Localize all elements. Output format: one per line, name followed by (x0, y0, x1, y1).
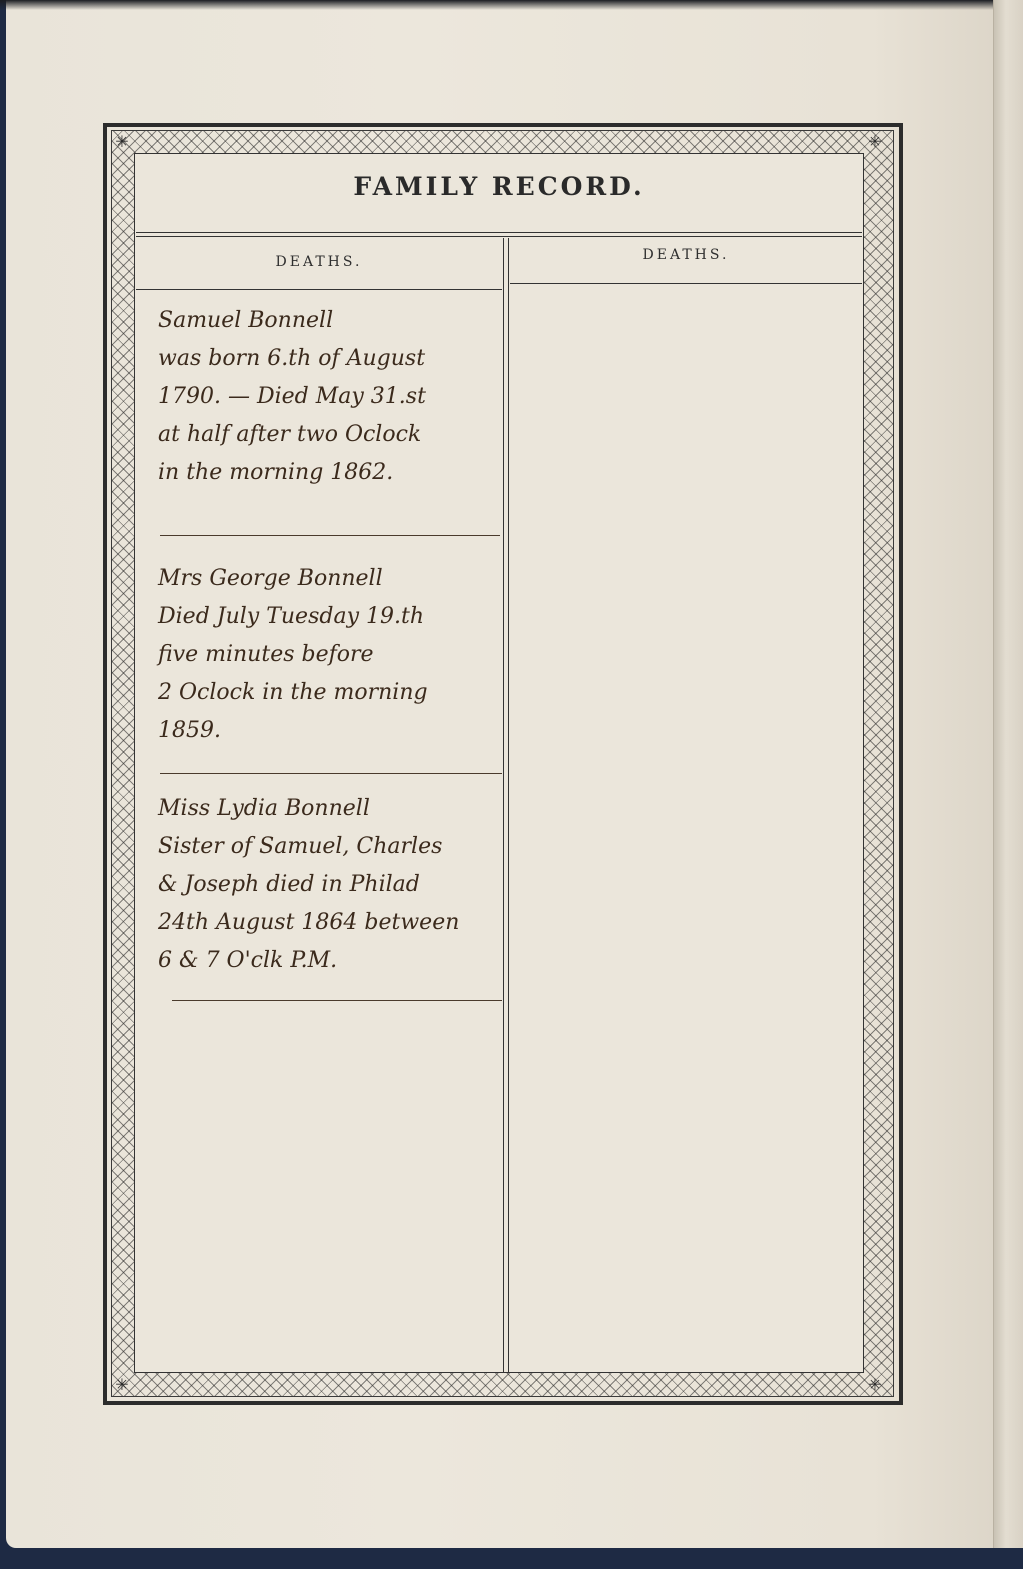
entry-line: Sister of Samuel, Charles (158, 828, 508, 866)
entry-separator (160, 773, 502, 774)
entry-line: 1790. — Died May 31.st (158, 378, 508, 416)
corner-star-icon: ✳ (113, 133, 131, 151)
corner-star-icon: ✳ (113, 1376, 131, 1394)
header-rule-right (510, 283, 862, 284)
entry-line: Died July Tuesday 19.th (158, 598, 508, 636)
death-entry-samuel: Samuel Bonnell was born 6.th of August 1… (158, 302, 508, 492)
entry-line: 2 Oclock in the morning (158, 674, 508, 712)
page-title: FAMILY RECORD. (134, 172, 864, 201)
title-divider (136, 232, 862, 233)
entry-line: was born 6.th of August (158, 340, 508, 378)
entry-line: five minutes before (158, 636, 508, 674)
entry-line: Miss Lydia Bonnell (158, 790, 508, 828)
corner-star-icon: ✳ (866, 1376, 884, 1394)
column-divider (508, 238, 509, 1372)
header-rule-left (136, 289, 502, 290)
book-top-shadow (0, 0, 1023, 10)
death-entry-lydia: Miss Lydia Bonnell Sister of Samuel, Cha… (158, 790, 508, 980)
entry-line: Samuel Bonnell (158, 302, 508, 340)
entry-line: & Joseph died in Philad (158, 866, 508, 904)
entry-separator (160, 535, 500, 536)
entry-line: Mrs George Bonnell (158, 560, 508, 598)
title-divider (136, 236, 862, 237)
entry-separator (172, 1000, 502, 1001)
entry-line: 1859. (158, 712, 508, 750)
entry-line: at half after two Oclock (158, 416, 508, 454)
entry-line: in the morning 1862. (158, 454, 508, 492)
book-page-edge (993, 0, 1023, 1548)
entry-line: 24th August 1864 between (158, 904, 508, 942)
entry-line: 6 & 7 O'clk P.M. (158, 942, 508, 980)
death-entry-mrs-george: Mrs George Bonnell Died July Tuesday 19.… (158, 560, 508, 750)
corner-star-icon: ✳ (866, 133, 884, 151)
column-header-right: DEATHS. (510, 247, 862, 263)
column-header-left: DEATHS. (136, 254, 502, 270)
